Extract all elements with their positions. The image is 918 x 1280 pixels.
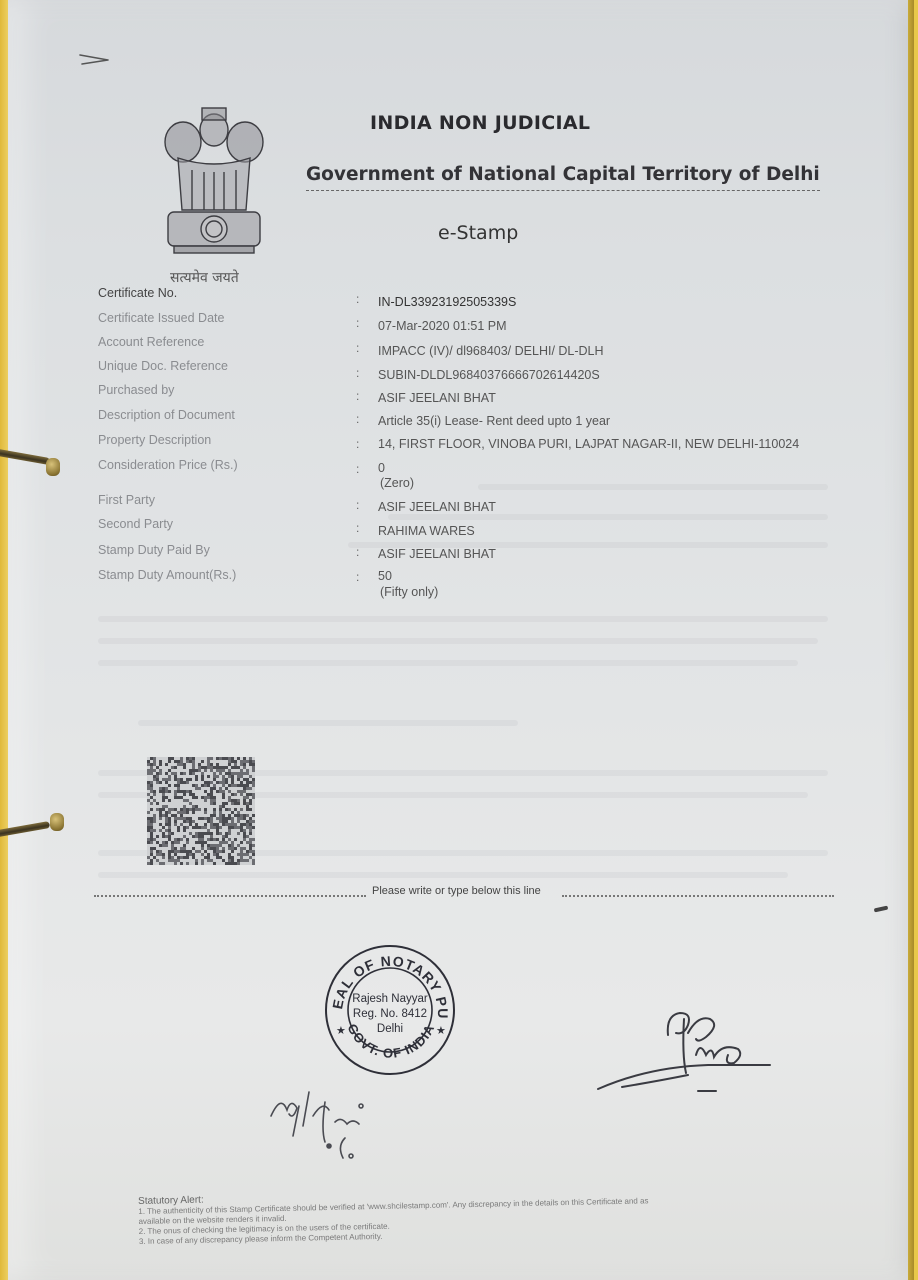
dotted-line-right [562, 895, 834, 897]
value-first-party: ASIF JEELANI BHAT [378, 500, 496, 514]
qr-code [147, 757, 255, 865]
signature-second-party [263, 1080, 383, 1160]
pen-tick-mark [78, 52, 112, 66]
separator: : [356, 341, 359, 355]
value-stamp-duty-amount: 50 [378, 569, 392, 583]
svg-text:★: ★ [436, 1025, 446, 1037]
title-underline [306, 190, 820, 192]
separator: : [356, 292, 359, 306]
separator: : [356, 316, 359, 330]
label-account-reference: Account Reference [98, 335, 204, 349]
label-stamp-duty-paid-by: Stamp Duty Paid By [98, 543, 210, 557]
write-below-line: Please write or type below this line [94, 887, 838, 901]
value-consideration-price-words: (Zero) [380, 476, 414, 490]
value-account-reference: IMPACC (IV)/ dl968403/ DELHI/ DL-DLH [378, 344, 604, 358]
write-below-line-text: Please write or type below this line [372, 885, 541, 897]
value-consideration-price: 0 [378, 461, 385, 475]
label-second-party: Second Party [98, 517, 173, 531]
label-consideration-price: Consideration Price (Rs.) [98, 458, 238, 472]
notary-name: Rajesh Nayyar [352, 993, 428, 1005]
label-stamp-duty-amount: Stamp Duty Amount(Rs.) [98, 568, 236, 582]
label-first-party: First Party [98, 493, 155, 507]
value-stamp-duty-paid-by: ASIF JEELANI BHAT [378, 547, 496, 561]
notary-seal-stamp: THE SEAL OF NOTARY PUBLIC GOVT. OF INDIA… [322, 942, 458, 1078]
separator: : [356, 545, 359, 559]
separator: : [356, 570, 359, 584]
separator: : [356, 498, 359, 512]
value-issued-date: 07-Mar-2020 01:51 PM [378, 319, 507, 333]
separator: : [356, 389, 359, 403]
value-purchased-by: ASIF JEELANI BHAT [378, 391, 496, 405]
estamp-title: e-Stamp [438, 222, 518, 244]
notary-reg-no: Reg. No. 8412 [353, 1008, 427, 1020]
separator: : [356, 462, 359, 476]
value-description-of-document: Article 35(i) Lease- Rent deed upto 1 ye… [378, 414, 610, 428]
separator: : [356, 366, 359, 380]
ink-smudge [874, 906, 889, 913]
emblem-motto: सत्यमेव जयते [170, 268, 239, 287]
statutory-alert: Statutory Alert: 1. The authenticity of … [138, 1183, 779, 1247]
value-property-description: 14, FIRST FLOOR, VINOBA PURI, LAJPAT NAG… [378, 437, 799, 451]
national-emblem-icon [158, 100, 270, 270]
value-unique-doc-reference: SUBIN-DLDL96840376666702614420S [378, 368, 600, 382]
notary-city: Delhi [377, 1023, 403, 1035]
signature-first-party [588, 995, 788, 1095]
value-stamp-duty-amount-words: (Fifty only) [380, 585, 438, 599]
document-title: INDIA NON JUDICIAL [370, 112, 590, 134]
government-title: Government of National Capital Territory… [306, 164, 820, 185]
label-description-of-document: Description of Document [98, 408, 235, 422]
dotted-line-left [94, 895, 366, 897]
separator: : [356, 437, 359, 451]
label-purchased-by: Purchased by [98, 383, 174, 397]
folder-right-edge [908, 0, 914, 1280]
value-second-party: RAHIMA WARES [378, 524, 475, 538]
svg-text:★: ★ [336, 1025, 346, 1037]
value-certificate-no: IN-DL33923192505339S [378, 295, 516, 309]
binder-pin-head-bottom [50, 813, 64, 831]
separator: : [356, 521, 359, 535]
binder-pin-head-top [46, 458, 60, 476]
label-unique-doc-reference: Unique Doc. Reference [98, 359, 228, 373]
label-certificate-no: Certificate No. [98, 286, 177, 300]
label-issued-date: Certificate Issued Date [98, 311, 224, 325]
separator: : [356, 412, 359, 426]
stamp-paper: सत्यमेव जयते INDIA NON JUDICIAL Governme… [8, 0, 914, 1280]
label-property-description: Property Description [98, 433, 211, 447]
